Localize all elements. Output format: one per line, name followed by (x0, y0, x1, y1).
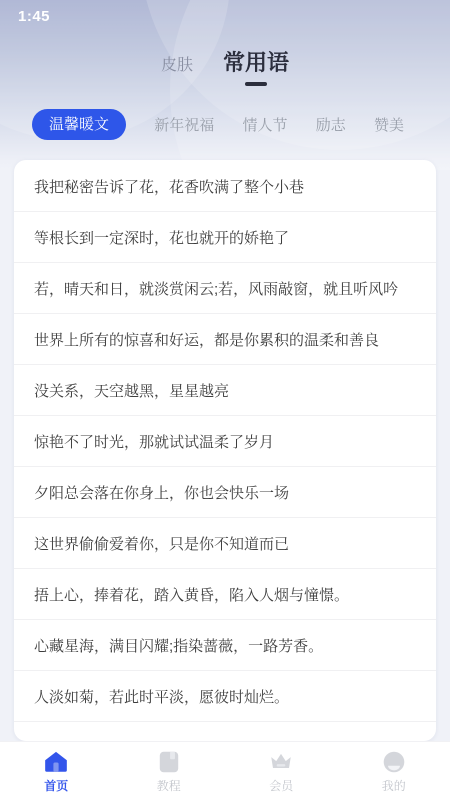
phrase-item[interactable]: 心藏星海，满目闪耀;指染蔷薇，一路芳香。 (14, 620, 436, 671)
status-time: 1:45 (18, 8, 50, 25)
category-warm-text[interactable]: 温馨暖文 (32, 109, 126, 140)
category-new-year[interactable]: 新年祝福 (154, 114, 214, 135)
nav-mine-label: 我的 (382, 777, 406, 794)
nav-tutorial[interactable]: 教程 (113, 742, 226, 800)
phrase-item[interactable]: 世界上所有的惊喜和好运，都是你累积的温柔和善良 (14, 314, 436, 365)
book-icon (156, 749, 182, 775)
phrase-item[interactable]: 我把秘密告诉了花，花香吹满了整个小巷 (14, 161, 436, 212)
bottom-navigation: 首页 教程 会员 我的 (0, 741, 450, 800)
category-tab-bar: 温馨暖文 新年祝福 情人节 励志 赞美 (0, 106, 450, 142)
app-screen: 1:45 皮肤 常用语 温馨暖文 新年祝福 情人节 励志 赞美 我把秘密告诉了花… (0, 0, 450, 800)
nav-home-label: 首页 (44, 777, 68, 794)
home-icon (43, 749, 69, 775)
category-praise[interactable]: 赞美 (374, 114, 404, 135)
phrase-item[interactable]: 惊艳不了时光，那就试试温柔了岁月 (14, 416, 436, 467)
phrase-item[interactable]: 若，晴天和日，就淡赏闲云;若，风雨敲窗，就且听风吟 (14, 263, 436, 314)
nav-mine[interactable]: 我的 (338, 742, 450, 800)
phrase-item[interactable]: 夕阳总会落在你身上，你也会快乐一场 (14, 467, 436, 518)
nav-tutorial-label: 教程 (157, 777, 181, 794)
tab-common-phrases[interactable]: 常用语 (223, 46, 289, 86)
tab-common-phrases-label: 常用语 (223, 50, 289, 75)
nav-member-label: 会员 (269, 777, 293, 794)
phrase-item[interactable]: 这世界偷偷爱着你，只是你不知道而已 (14, 518, 436, 569)
phrase-item[interactable]: 等根长到一定深时，花也就开的娇艳了 (14, 212, 436, 263)
phrase-item[interactable]: 没关系，天空越黑，星星越亮 (14, 365, 436, 416)
top-tab-bar: 皮肤 常用语 (0, 46, 450, 86)
category-inspirational[interactable]: 励志 (316, 114, 346, 135)
crown-icon (268, 749, 294, 775)
category-valentine[interactable]: 情人节 (242, 114, 287, 135)
active-tab-underline (245, 82, 267, 86)
nav-member[interactable]: 会员 (225, 742, 338, 800)
nav-home[interactable]: 首页 (0, 742, 113, 800)
phrase-item[interactable]: 捂上心，捧着花，踏入黄昏，陷入人烟与憧憬。 (14, 569, 436, 620)
phrase-item[interactable]: 人淡如菊，若此时平淡，愿彼时灿烂。 (14, 671, 436, 722)
phrase-list-card: 我把秘密告诉了花，花香吹满了整个小巷 等根长到一定深时，花也就开的娇艳了 若，晴… (14, 160, 436, 741)
tab-skin[interactable]: 皮肤 (161, 52, 193, 85)
status-bar: 1:45 (0, 0, 450, 32)
user-icon (381, 749, 407, 775)
